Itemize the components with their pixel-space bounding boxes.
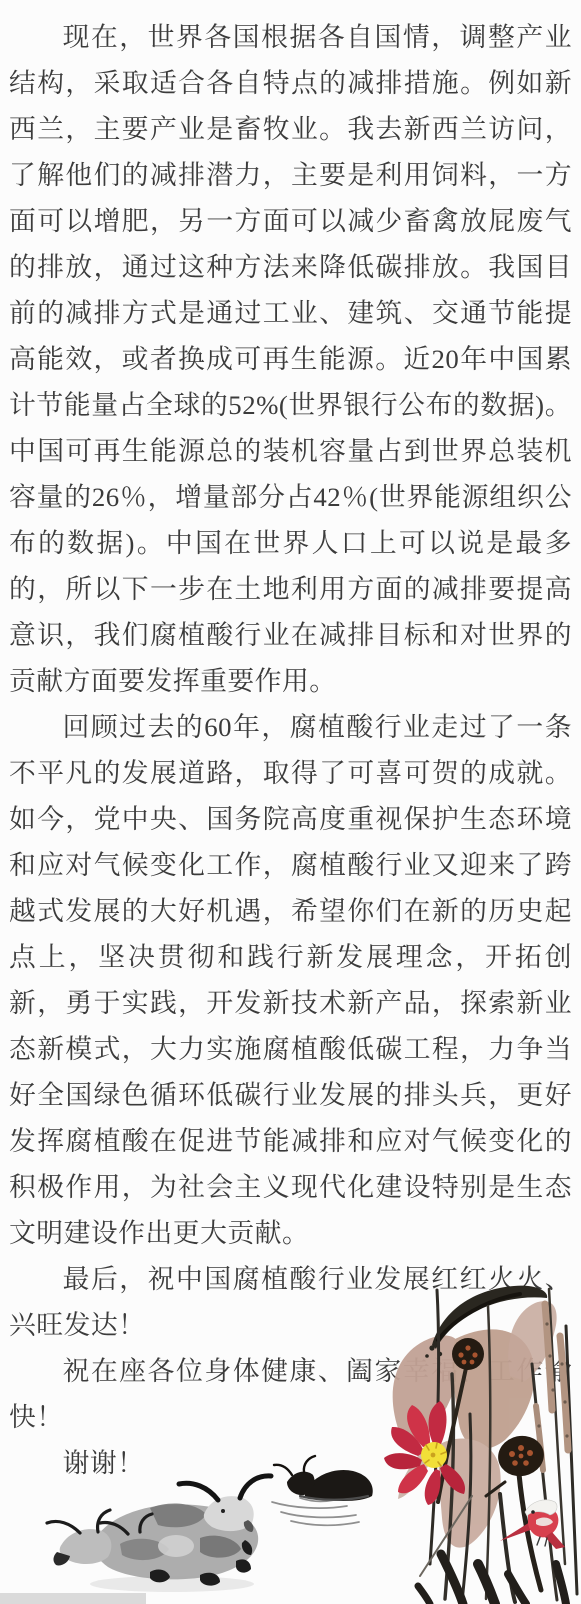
- paragraph-4: 祝在座各位身体健康、阖家幸福、工作愉快！: [9, 1348, 572, 1440]
- paragraph-5: 谢谢！: [9, 1440, 572, 1486]
- bottom-left-gray-strip: [0, 1593, 146, 1604]
- water-buffalo-pair: [47, 1476, 271, 1592]
- water-ripples: [272, 1498, 359, 1525]
- paragraph-1: 现在，世界各国根据各自国情，调整产业结构，采取适合各自特点的减排措施。例如新西兰…: [9, 14, 572, 704]
- paragraph-3: 最后，祝中国腐植酸行业发展红红火火、兴旺发达！: [9, 1256, 572, 1348]
- article-text: 现在，世界各国根据各自国情，调整产业结构，采取适合各自特点的减排措施。例如新西兰…: [0, 14, 581, 1486]
- document-page: 现在，世界各国根据各自国情，调整产业结构，采取适合各自特点的减排措施。例如新西兰…: [0, 0, 581, 1604]
- paragraph-2: 回顾过去的60年，腐植酸行业走过了一条不平凡的发展道路，取得了可喜可贺的成就。如…: [9, 704, 572, 1256]
- kingfisher-bird: [500, 1500, 565, 1549]
